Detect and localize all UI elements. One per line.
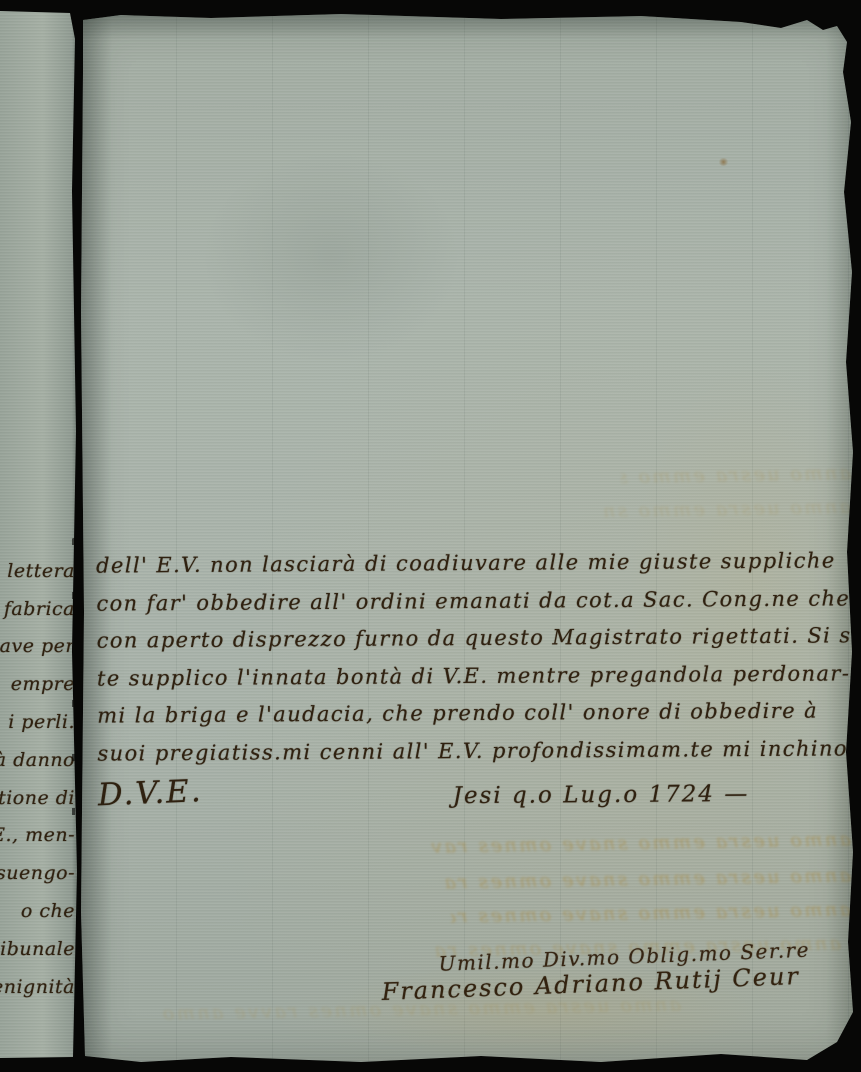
left-page-fragment: ibunale [0,930,75,968]
left-page-fragment: suengo- [0,854,75,892]
manuscript-scan: lettera fabrica ave per empre i perli. t… [0,0,861,1072]
left-page-edge: lettera fabrica ave per empre i perli. t… [0,11,78,1058]
manuscript-page: anmo uesra emmo snave omnes ravve anmo u… [81,12,857,1064]
left-page-fragment: fabrica [0,590,75,628]
left-page-fragment: tione di [0,779,75,817]
left-page-fragment: benignità [0,968,75,1006]
left-page-fragment: ave per [0,628,75,666]
left-page-fragment: .E., men- [0,817,75,855]
page-vignette [81,12,857,1064]
left-page-fragment: o che [0,892,75,930]
left-page-fragment: empre [0,665,75,703]
left-page-fragments: lettera fabrica ave per empre i perli. t… [0,552,75,1006]
left-page-fragment: t à danno [0,741,75,779]
left-page-fragment: lettera [0,552,75,590]
binding-stitch-marks [72,538,75,828]
left-page-fragment: i perli. [0,703,75,741]
